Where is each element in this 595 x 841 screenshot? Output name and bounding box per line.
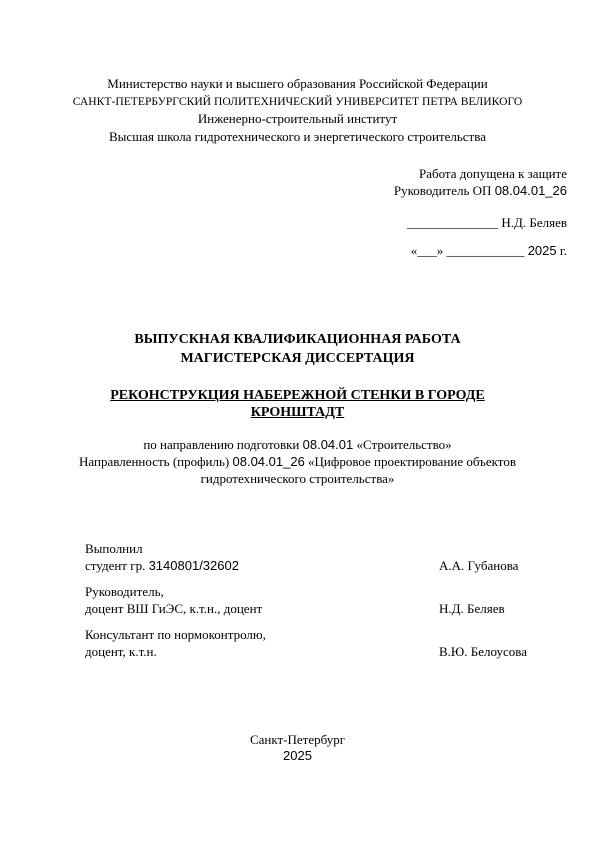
- consultant-title: доцент, к.т.н.: [85, 644, 157, 660]
- approval-date-line: «___» ____________ 2025 г.: [411, 243, 567, 259]
- direction-name: «Строительство»: [356, 437, 451, 452]
- date-close-quote: »: [437, 243, 444, 258]
- work-type-line2: МАГИСТЕРСКАЯ ДИССЕРТАЦИЯ: [0, 350, 595, 368]
- direction-code: 08.04.01: [303, 437, 354, 452]
- ministry-line: Министерство науки и высшего образования…: [0, 76, 595, 92]
- footer-city: Санкт-Петербург: [0, 732, 595, 748]
- work-type-line1: ВЫПУСКНАЯ КВАЛИФИКАЦИОННАЯ РАБОТА: [0, 331, 595, 349]
- date-year: 2025: [528, 243, 557, 258]
- author-group-prefix: студент гр.: [85, 558, 145, 573]
- approval-signature-line: ______________ Н.Д. Беляев: [407, 215, 567, 231]
- institute-line: Инженерно-строительный институт: [0, 111, 595, 127]
- consultant-name: В.Ю. Белоусова: [439, 644, 527, 660]
- profile-name-line2: гидротехнического строительства»: [0, 471, 595, 487]
- supervisor-title: доцент ВШ ГиЭС, к.т.н., доцент: [85, 601, 262, 617]
- date-suffix: г.: [560, 243, 567, 258]
- university-line: САНКТ-ПЕТЕРБУРГСКИЙ ПОЛИТЕХНИЧЕСКИЙ УНИВ…: [0, 94, 595, 110]
- signature-blank: ______________: [407, 215, 498, 230]
- author-name: А.А. Губанова: [439, 558, 518, 574]
- profile-line: Направленность (профиль) 08.04.01_26 «Ци…: [0, 454, 595, 470]
- author-group-line: студент гр. 3140801/32602: [85, 558, 239, 574]
- admitted-line: Работа допущена к защите: [419, 166, 567, 182]
- profile-name-line1: «Цифровое проектирование объектов: [308, 454, 516, 469]
- approver-name: Н.Д. Беляев: [501, 215, 567, 230]
- author-role: Выполнил: [85, 541, 143, 557]
- author-group-code: 3140801/32602: [149, 558, 239, 573]
- date-day-blank: ___: [417, 243, 437, 258]
- school-line: Высшая школа гидротехнического и энергет…: [0, 129, 595, 145]
- supervisor-role: Руководитель,: [85, 584, 164, 600]
- consultant-role: Консультант по нормоконтролю,: [85, 627, 266, 643]
- footer-year: 2025: [0, 748, 595, 764]
- date-month-blank: ____________: [446, 243, 524, 258]
- program-code: 08.04.01_26: [495, 183, 567, 198]
- profile-code: 08.04.01_26: [233, 454, 305, 469]
- supervisor-name: Н.Д. Беляев: [439, 601, 505, 617]
- direction-line: по направлению подготовки 08.04.01 «Стро…: [0, 437, 595, 453]
- program-head-prefix: Руководитель ОП: [394, 183, 492, 198]
- profile-prefix: Направленность (профиль): [79, 454, 229, 469]
- topic-line1: РЕКОНСТРУКЦИЯ НАБЕРЕЖНОЙ СТЕНКИ В ГОРОДЕ: [0, 387, 595, 405]
- direction-prefix: по направлению подготовки: [143, 437, 299, 452]
- program-head-line: Руководитель ОП 08.04.01_26: [394, 183, 567, 199]
- topic-line2: КРОНШТАДТ: [0, 404, 595, 422]
